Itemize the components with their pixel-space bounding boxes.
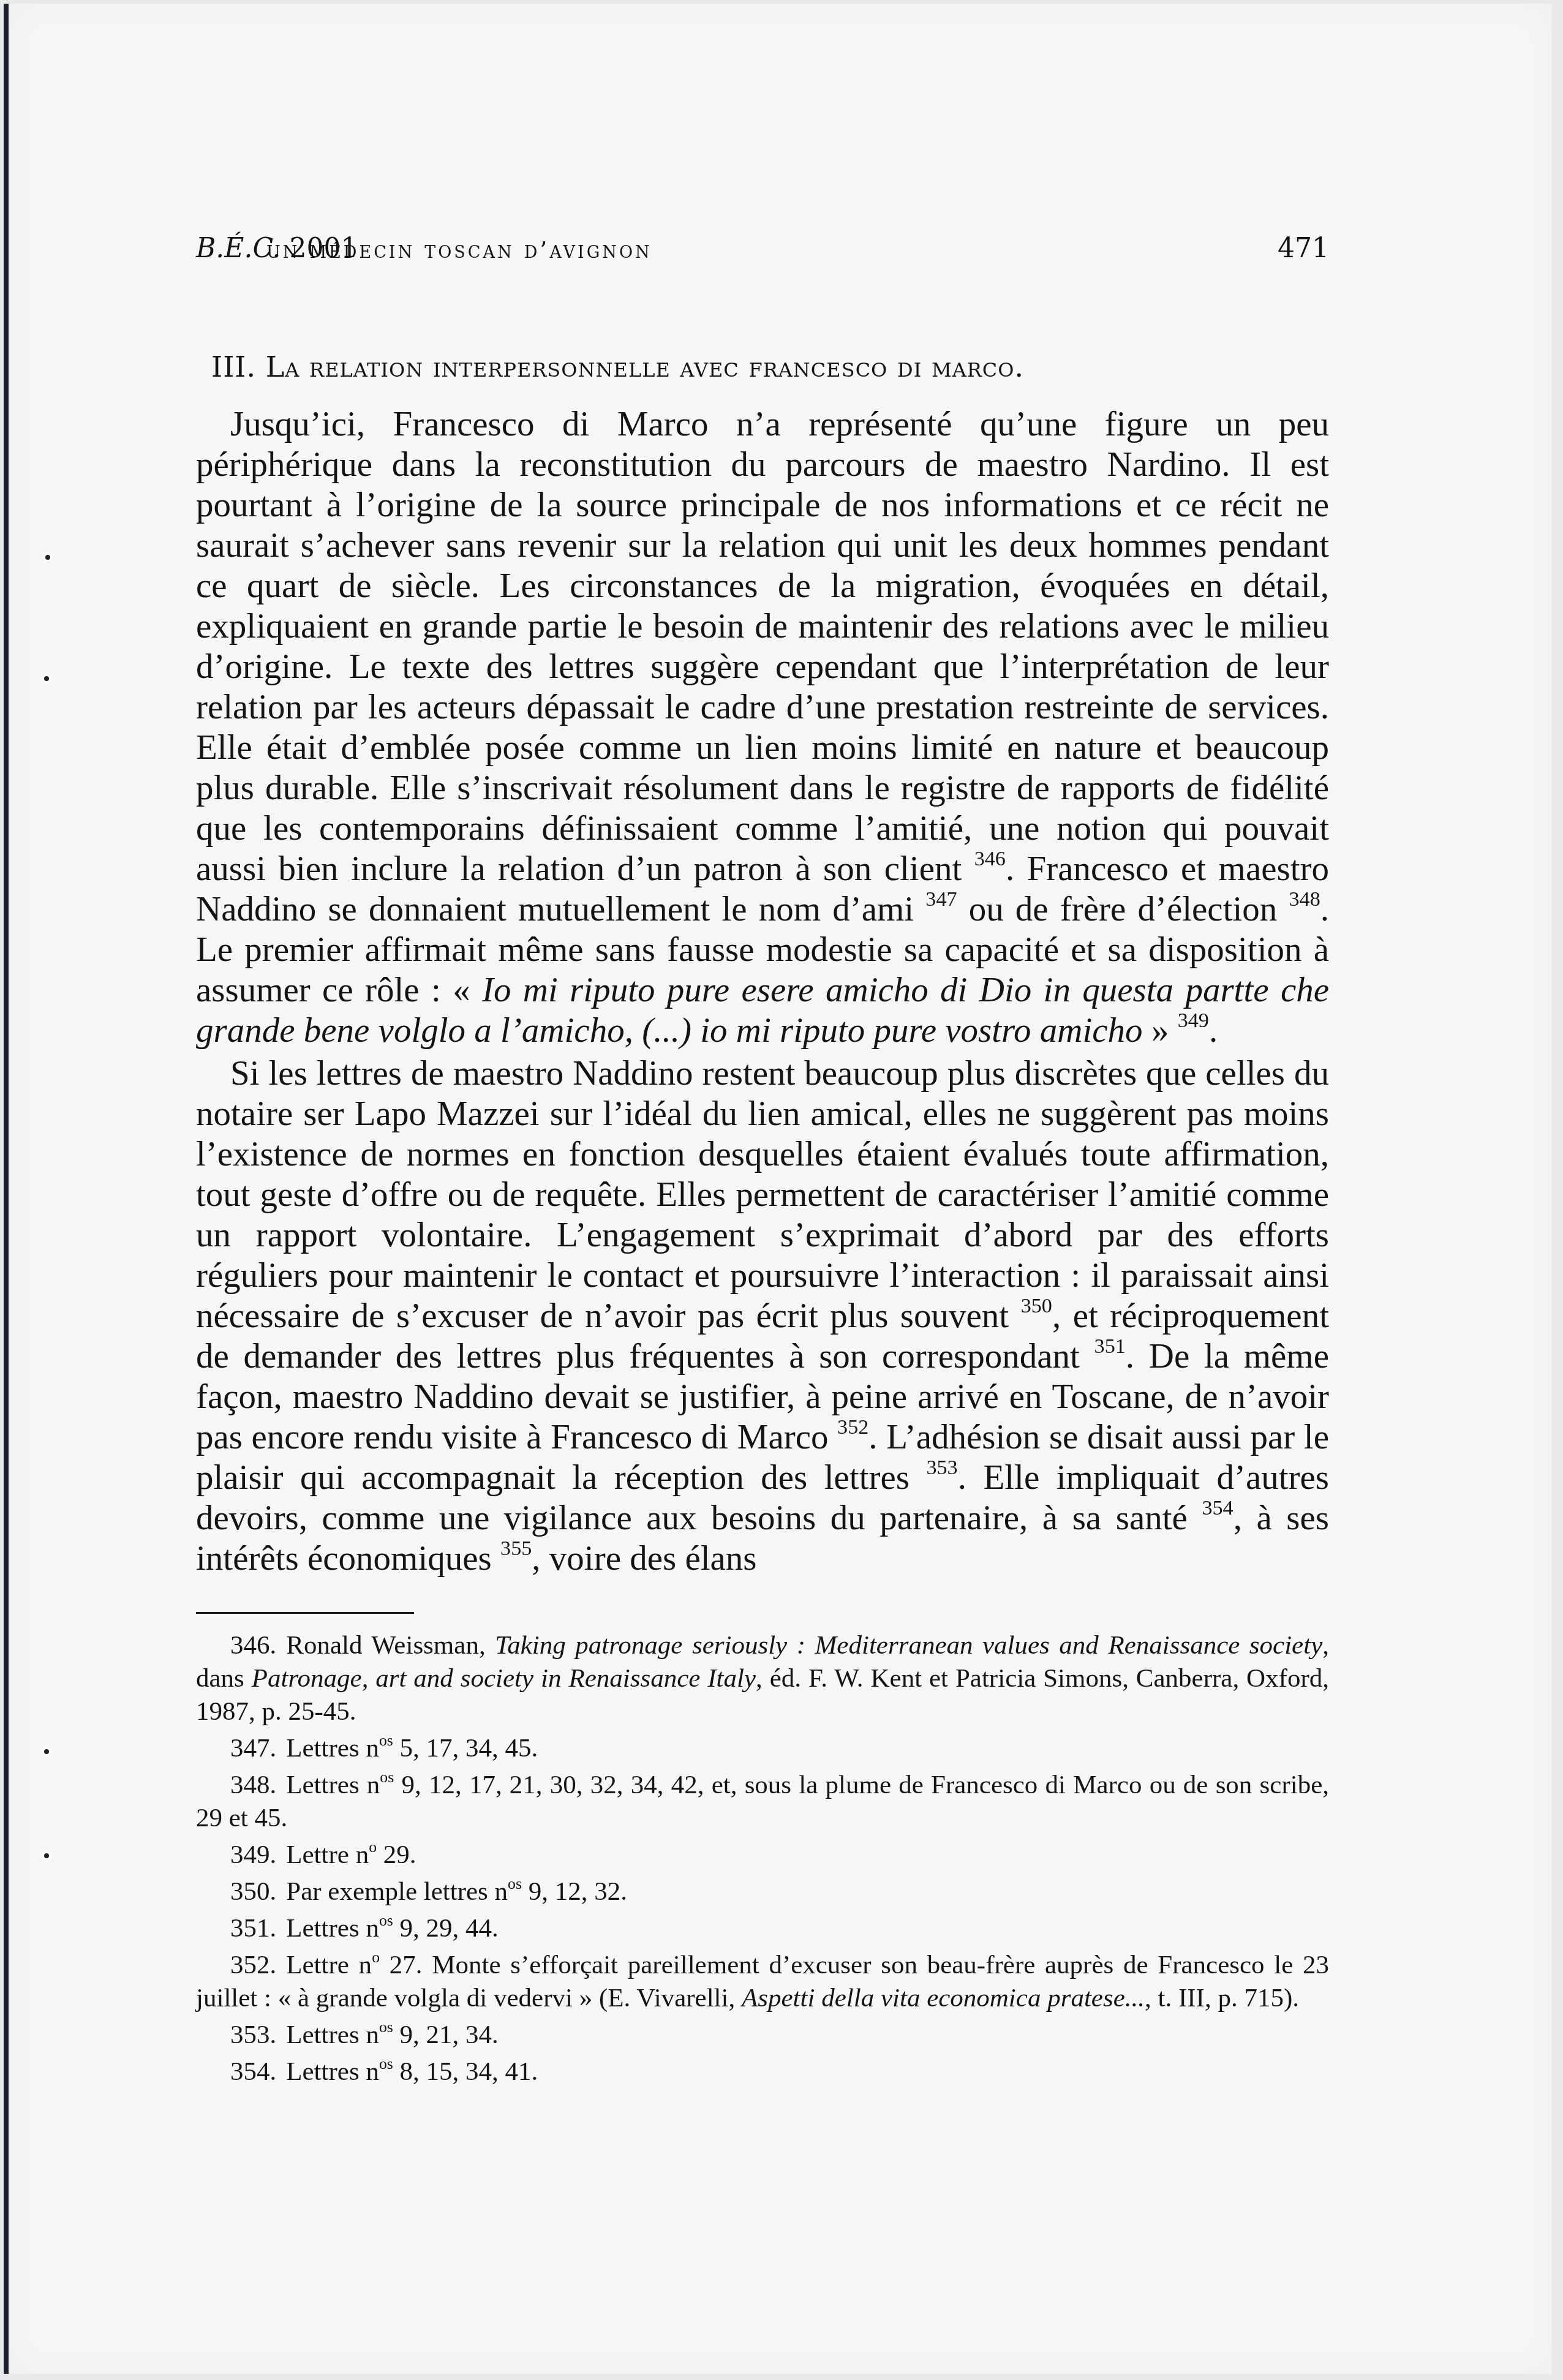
italic-title: Patronage, art and society in Renaissanc… — [252, 1664, 756, 1693]
footnote-ref[interactable]: 351 — [1094, 1335, 1126, 1358]
footnote-348: 348.Lettres nos 9, 12, 17, 21, 30, 32, 3… — [196, 1769, 1329, 1835]
footnote-353: 353.Lettres nos 9, 21, 34. — [196, 2019, 1329, 2052]
punch-hole-mark — [44, 1853, 49, 1858]
text-run: Lettres n — [286, 1914, 379, 1943]
text-run: , voire des élans — [532, 1539, 756, 1578]
superscript: os — [379, 1731, 393, 1749]
text-run: 9, 21, 34. — [393, 2020, 499, 2049]
footnotes: 346.Ronald Weissman, Taking patronage se… — [196, 1629, 1329, 2092]
text-run: Si les lettres de maestro Naddino resten… — [196, 1054, 1329, 1335]
footnote-number: 348. — [230, 1771, 276, 1799]
section-heading: III. La relation interpersonnelle avec f… — [211, 350, 1024, 383]
italic-title: Taking patronage seriously : Mediterrane… — [495, 1631, 1322, 1660]
section-numeral: III. — [211, 350, 256, 383]
footnote-number: 353. — [230, 2020, 276, 2049]
footnote-354: 354.Lettres nos 8, 15, 34, 41. — [196, 2055, 1329, 2088]
section-title-text: a relation interpersonnelle avec frances… — [285, 350, 1024, 383]
text-run: » — [1143, 1011, 1178, 1050]
running-header: B.É.C.2001 un médecin toscan d’avignon 4… — [196, 233, 1329, 269]
superscript: os — [380, 1768, 394, 1786]
paragraph-1: Jusqu’ici, Francesco di Marco n’a représ… — [196, 404, 1329, 1051]
footnote-ref[interactable]: 355 — [500, 1537, 532, 1560]
text-run: Par exemple lettres n — [286, 1877, 508, 1906]
text-run: . — [1209, 1011, 1218, 1050]
text-run: Lettre n — [286, 1840, 369, 1869]
footnote-ref[interactable]: 347 — [925, 888, 957, 911]
footnote-ref[interactable]: 349 — [1178, 1009, 1209, 1032]
superscript: os — [379, 1911, 393, 1929]
punch-hole-mark — [44, 676, 49, 681]
text-run: Lettres n — [286, 2020, 379, 2049]
text-run: Lettres n — [286, 2057, 379, 2086]
superscript: o — [372, 1948, 380, 1966]
punch-hole-mark — [45, 555, 50, 560]
footnote-350: 350.Par exemple lettres nos 9, 12, 32. — [196, 1875, 1329, 1908]
superscript: os — [379, 2018, 393, 2036]
text-run: , t. III, p. 715). — [1145, 1984, 1299, 2013]
footnote-number: 349. — [230, 1840, 276, 1869]
italic-title: Aspetti della vita economica pratese... — [742, 1984, 1145, 2013]
text-run: 9, 12, 32. — [522, 1877, 627, 1906]
text-run: Ronald Weissman, — [286, 1631, 495, 1660]
text-run: Lettre n — [286, 1951, 372, 1979]
section-title-initial: L — [266, 350, 285, 383]
footnote-number: 351. — [230, 1914, 276, 1943]
footnote-352: 352.Lettre no 27. Monte s’efforçait pare… — [196, 1949, 1329, 2015]
running-title: un médecin toscan d’avignon — [266, 236, 652, 263]
footnote-ref[interactable]: 352 — [837, 1416, 868, 1439]
footnote-ref[interactable]: 346 — [974, 848, 1006, 870]
footnote-number: 354. — [230, 2057, 276, 2086]
paragraph-2: Si les lettres de maestro Naddino resten… — [196, 1053, 1329, 1579]
footnote-347: 347.Lettres nos 5, 17, 34, 45. — [196, 1732, 1329, 1765]
footnote-ref[interactable]: 350 — [1021, 1295, 1052, 1317]
footnote-ref[interactable]: 348 — [1289, 888, 1320, 911]
text-run: Lettres n — [286, 1771, 380, 1799]
superscript: os — [379, 2055, 393, 2073]
superscript: o — [369, 1838, 377, 1856]
text-run: ou de frère d’élection — [957, 890, 1289, 928]
text-run: 5, 17, 34, 45. — [393, 1734, 538, 1763]
footnote-346: 346.Ronald Weissman, Taking patronage se… — [196, 1629, 1329, 1728]
footnote-number: 347. — [230, 1734, 276, 1763]
footnote-number: 346. — [230, 1631, 276, 1660]
page-number: 471 — [1278, 233, 1329, 264]
text-run: Lettres n — [286, 1734, 379, 1763]
text-run: Jusqu’ici, Francesco di Marco n’a représ… — [196, 405, 1329, 888]
body-text: Jusqu’ici, Francesco di Marco n’a représ… — [196, 404, 1329, 1579]
footnote-number: 352. — [230, 1951, 276, 1979]
superscript: os — [508, 1875, 522, 1892]
footnote-number: 350. — [230, 1877, 276, 1906]
punch-hole-mark — [44, 1749, 49, 1754]
footnote-divider — [196, 1612, 414, 1614]
footnote-ref[interactable]: 354 — [1202, 1497, 1233, 1520]
text-run: 8, 15, 34, 41. — [393, 2057, 538, 2086]
footnote-ref[interactable]: 353 — [926, 1456, 957, 1479]
text-run: 9, 29, 44. — [393, 1914, 499, 1943]
footnote-351: 351.Lettres nos 9, 29, 44. — [196, 1912, 1329, 1945]
footnote-349: 349.Lettre no 29. — [196, 1839, 1329, 1872]
text-run: 29. — [377, 1840, 416, 1869]
